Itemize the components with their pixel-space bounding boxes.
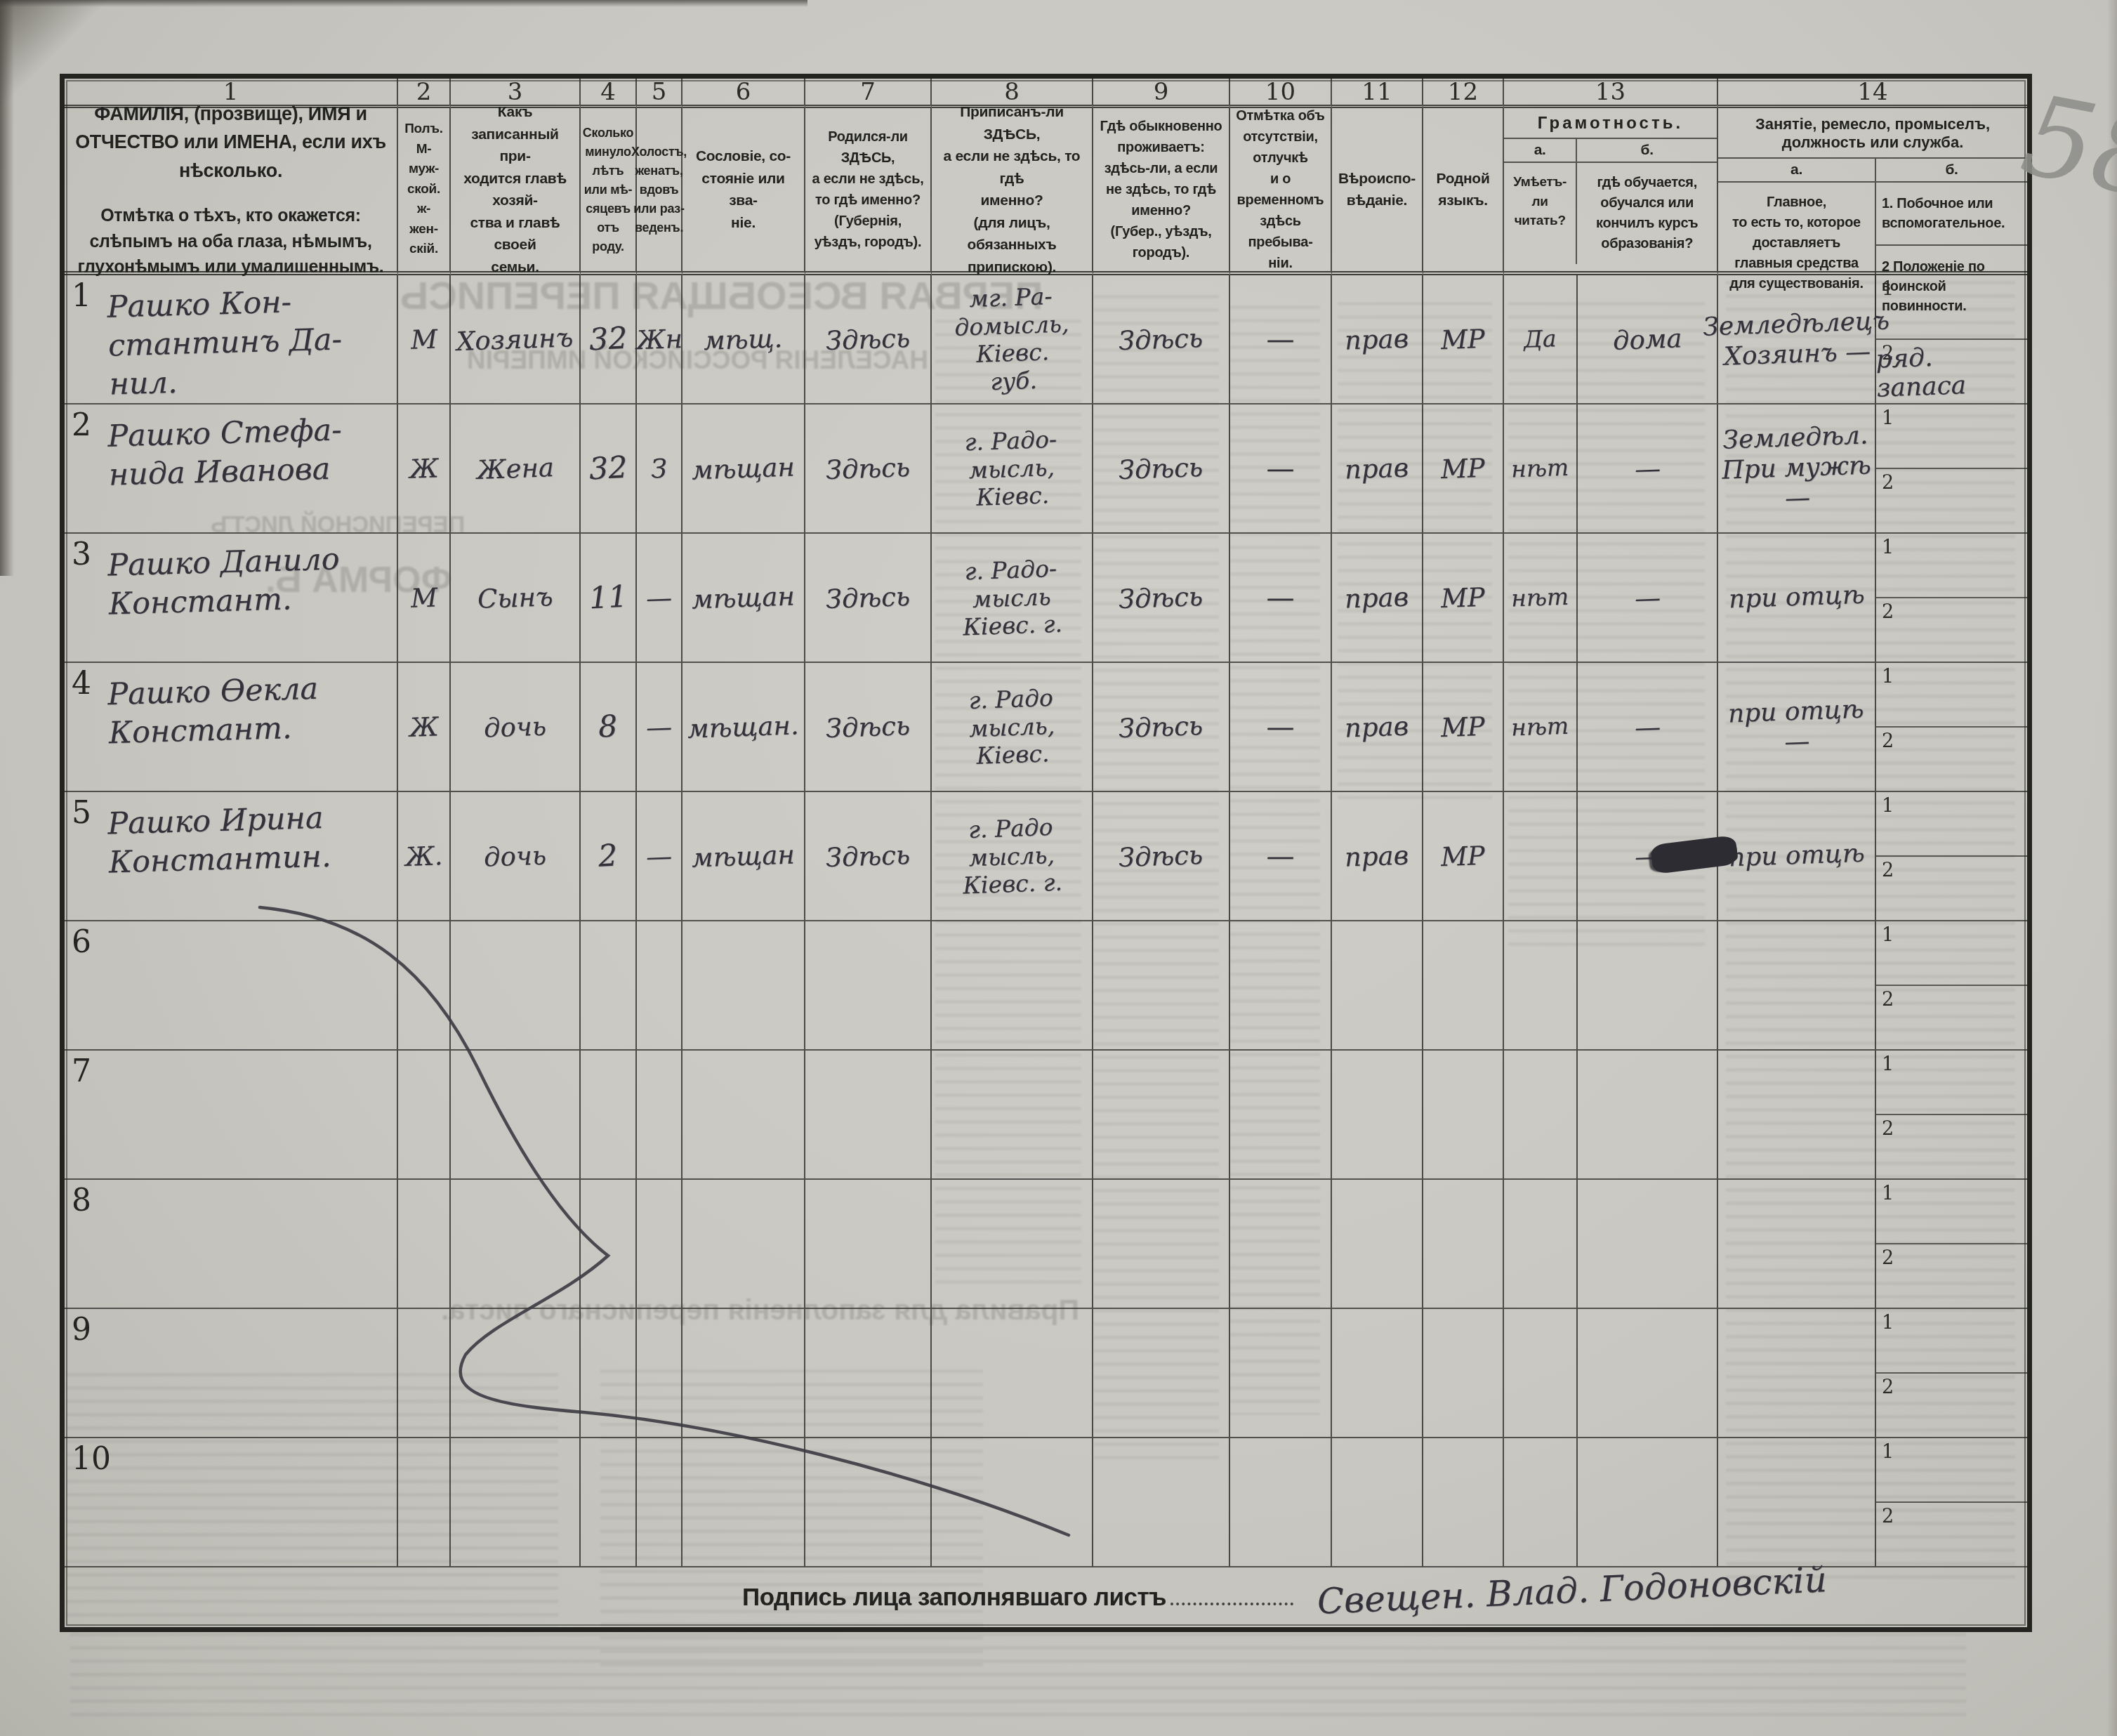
cell-name: 6 <box>65 921 398 1051</box>
header-literacy-b-title: гдѣ обучается, обучался или кончилъ курс… <box>1577 163 1717 264</box>
cell-literacy: нѣт <box>1504 534 1578 663</box>
cell-religion: прав <box>1332 534 1423 663</box>
cell-relation: дочь <box>451 663 581 792</box>
cell-absence <box>1230 1309 1332 1438</box>
cell-age: 11 <box>581 534 637 663</box>
name-value: Рашко Стефа- нида Иванова <box>107 411 343 494</box>
cell-relation <box>451 1438 581 1567</box>
name-value: Рашко Ѳекла Констант. <box>107 670 320 753</box>
header-registration: Приписанъ-ли ЗДѢСЬ, а если не здѣсь, то … <box>937 101 1086 278</box>
cell-age <box>581 1309 637 1438</box>
cell-marital <box>637 1180 682 1309</box>
column-number: 7 <box>805 79 932 108</box>
sub-row-side-occupation: 1 <box>1876 1051 2027 1114</box>
cell-age <box>581 1438 637 1567</box>
cell-registration: г. Радо- мысль Кіевс. г. <box>932 534 1093 663</box>
cell-estate <box>682 921 805 1051</box>
cell-literacy: нѣт <box>1504 663 1578 792</box>
cell-estate: мѣщ. <box>682 275 805 405</box>
cell-literacy <box>1504 1180 1578 1309</box>
row-number: 4 <box>72 666 91 702</box>
cell-registration <box>932 1051 1093 1180</box>
header-literacy-b-label: б. <box>1577 139 1717 162</box>
cell-marital <box>637 921 682 1051</box>
cell-religion: прав <box>1332 663 1423 792</box>
cell-religion: прав <box>1332 792 1423 921</box>
cell-sex: Ж <box>398 405 451 534</box>
cell-birthplace <box>805 1438 932 1567</box>
name-value: Рашко Кон- стантинъ Да- нил. <box>107 282 344 404</box>
cell-relation <box>451 1309 581 1438</box>
signature-strip: Подпись лица заполнявшаго листъ Свещен. … <box>65 1567 2027 1627</box>
sub-number: 2 <box>1882 730 1894 752</box>
row-number: 8 <box>72 1183 91 1218</box>
cell-relation <box>451 921 581 1051</box>
sub-number: 2 <box>1882 472 1894 494</box>
header-literacy-group: Грамотность. а. б. Умѣетъ- ли читать? гд… <box>1504 108 1718 275</box>
column-number: 4 <box>581 79 637 108</box>
cell-marital: — <box>637 534 682 663</box>
cell-residence: Здѣсь <box>1093 405 1230 534</box>
cell-absence: — <box>1230 534 1332 663</box>
cell-birthplace: Здѣсь <box>805 534 932 663</box>
cell-literacy: Да <box>1504 275 1578 405</box>
cell-occupation: Земледѣл. При мужѣ — <box>1718 405 1876 534</box>
column-number: 5 <box>637 79 682 108</box>
cell-relation <box>451 1051 581 1180</box>
row-number: 5 <box>72 795 91 831</box>
header-literacy-title: Грамотность. <box>1504 108 1717 139</box>
header-residence: Гдѣ обыкновенно проживаетъ: здѣсь-ли, а … <box>1099 116 1223 263</box>
column-number: 14 <box>1718 79 2027 108</box>
cell-relation: Хозяинъ <box>451 275 581 405</box>
header-literacy-a-title: Умѣетъ- ли читать? <box>1504 163 1577 264</box>
cell-marital: — <box>637 792 682 921</box>
row-number: 9 <box>72 1312 91 1348</box>
cell-residence: Здѣсь <box>1093 663 1230 792</box>
sub-row-military-status: 2 <box>1876 855 2027 920</box>
sub-row-military-status: 2 <box>1876 597 2027 662</box>
cell-literacy <box>1504 1051 1578 1180</box>
cell-occupation-secondary: 1 2 <box>1876 921 2027 1051</box>
cell-sex <box>398 1438 451 1567</box>
cell-relation <box>451 1180 581 1309</box>
cell-education <box>1578 1180 1718 1309</box>
column-number: 12 <box>1423 79 1504 108</box>
cell-marital <box>637 1438 682 1567</box>
sub-number: 2 <box>1882 601 1894 623</box>
cell-age: 8 <box>581 663 637 792</box>
cell-occupation-secondary: 1 2 <box>1876 405 2027 534</box>
cell-absence <box>1230 921 1332 1051</box>
sub-row-military-status: 2 <box>1876 985 2027 1049</box>
scan-top-edge <box>0 0 807 7</box>
sub-row-military-status: 2 ряд. запаса <box>1876 338 2027 403</box>
cell-registration <box>932 1309 1093 1438</box>
cell-occupation-secondary: 1 2 <box>1876 534 2027 663</box>
cell-language: МР <box>1423 534 1504 663</box>
cell-absence <box>1230 1051 1332 1180</box>
sub-number: 1 <box>1882 1053 1894 1075</box>
header-language: Родной языкъ. <box>1437 168 1490 212</box>
cell-language <box>1423 921 1504 1051</box>
cell-occupation: при отцѣ — <box>1718 663 1876 792</box>
sub-row-side-occupation: 1 <box>1876 1309 2027 1372</box>
cell-residence <box>1093 1180 1230 1309</box>
sub-number: 2 <box>1882 860 1894 881</box>
cell-residence <box>1093 1051 1230 1180</box>
cell-education: дома <box>1578 275 1718 405</box>
cell-marital: Жн <box>637 275 682 405</box>
cell-education <box>1578 1438 1718 1567</box>
cell-marital: — <box>637 663 682 792</box>
header-name-column: ФАМИЛІЯ, (прозвище), ИМЯ и ОТЧЕСТВО или … <box>65 108 398 275</box>
header-occupation-title: Занятіе, ремесло, промыселъ, должность и… <box>1718 108 2027 159</box>
cell-religion <box>1332 1438 1423 1567</box>
cell-sex: Ж. <box>398 792 451 921</box>
cell-estate <box>682 1309 805 1438</box>
cell-occupation: при отцѣ <box>1718 534 1876 663</box>
sub-number: 2 <box>1882 1247 1894 1269</box>
cell-registration <box>932 921 1093 1051</box>
cell-estate: мѣщан. <box>682 663 805 792</box>
sub-number: 1 <box>1882 407 1894 429</box>
header-birthplace: Родился-ли ЗДѢСЬ, а если не здѣсь, то гд… <box>811 126 925 253</box>
cell-name: 3 Рашко Данило Констант. <box>65 534 398 663</box>
cell-birthplace <box>805 1309 932 1438</box>
sub-number: 1 <box>1882 795 1894 817</box>
cell-age: 32 <box>581 405 637 534</box>
cell-occupation <box>1718 1309 1876 1438</box>
cell-occupation <box>1718 1438 1876 1567</box>
header-name-note: Отмѣтка о тѣхъ, кто окажется: слѣпымъ на… <box>70 203 391 280</box>
cell-birthplace <box>805 921 932 1051</box>
cell-absence: — <box>1230 275 1332 405</box>
header-occupation-group: Занятіе, ремесло, промыселъ, должность и… <box>1718 108 2027 275</box>
cell-language <box>1423 1309 1504 1438</box>
cell-estate: мѣщан <box>682 792 805 921</box>
cell-estate <box>682 1051 805 1180</box>
cell-birthplace: Здѣсь <box>805 275 932 405</box>
cell-occupation: Земледѣлецъ Хозяинъ — <box>1718 275 1876 405</box>
sub-row-side-occupation: 1 <box>1876 921 2027 985</box>
sub-number: 1 <box>1882 1312 1894 1334</box>
cell-estate: мѣщан <box>682 534 805 663</box>
cell-education: — <box>1578 405 1718 534</box>
header-relation: Какъ записанный при- ходится главѣ хозяй… <box>456 101 574 278</box>
cell-absence: — <box>1230 792 1332 921</box>
cell-language <box>1423 1051 1504 1180</box>
sub-row-military-status: 2 <box>1876 726 2027 791</box>
cell-name: 2 Рашко Стефа- нида Иванова <box>65 405 398 534</box>
cell-sex <box>398 1180 451 1309</box>
cell-registration <box>932 1438 1093 1567</box>
cell-name: 5 Рашко Ирина Константин. <box>65 792 398 921</box>
cell-registration <box>932 1180 1093 1309</box>
cell-residence <box>1093 1309 1230 1438</box>
sub-number: 2 <box>1882 1506 1894 1527</box>
row-number: 10 <box>72 1441 111 1477</box>
cell-name: 4 Рашко Ѳекла Констант. <box>65 663 398 792</box>
cell-literacy <box>1504 1438 1578 1567</box>
cell-language: МР <box>1423 275 1504 405</box>
cell-occupation: при отцѣ <box>1718 792 1876 921</box>
row-number: 1 <box>72 278 91 314</box>
cell-occupation-secondary: 1 2 <box>1876 792 2027 921</box>
sub-row-side-occupation: 1 <box>1876 405 2027 468</box>
cell-residence: Здѣсь <box>1093 792 1230 921</box>
cell-education <box>1578 1051 1718 1180</box>
cell-literacy <box>1504 792 1578 921</box>
cell-education: — <box>1578 534 1718 663</box>
cell-birthplace: Здѣсь <box>805 663 932 792</box>
cell-marital: З <box>637 405 682 534</box>
signature-handwritten: Свещен. Влад. Годоновскій <box>1317 1559 1828 1622</box>
name-value: Рашко Ирина Константин. <box>107 799 332 883</box>
cell-education <box>1578 921 1718 1051</box>
sub-number: 1 <box>1882 924 1894 946</box>
sub-row-side-occupation: 1 <box>1876 275 2027 338</box>
sub-number: 1 <box>1882 1183 1894 1204</box>
column-number: 13 <box>1504 79 1718 108</box>
cell-religion <box>1332 1309 1423 1438</box>
sub-number: 2 <box>1882 1376 1894 1398</box>
cell-literacy <box>1504 921 1578 1051</box>
cell-occupation-secondary: 1 2 <box>1876 1438 2027 1567</box>
cell-sex <box>398 1309 451 1438</box>
sub-row-side-occupation: 1 <box>1876 1438 2027 1501</box>
column-number: 10 <box>1230 79 1332 108</box>
cell-birthplace: Здѣсь <box>805 405 932 534</box>
cell-religion: прав <box>1332 405 1423 534</box>
column-number: 11 <box>1332 79 1423 108</box>
cell-education: — <box>1578 663 1718 792</box>
cell-residence <box>1093 1438 1230 1567</box>
cell-residence: Здѣсь <box>1093 275 1230 405</box>
cell-registration: г. Радо мысль, Кіевс. <box>932 663 1093 792</box>
cell-name: 8 <box>65 1180 398 1309</box>
bleedthrough-text-block <box>70 1633 1966 1721</box>
cell-age <box>581 1051 637 1180</box>
cell-age: 2 <box>581 792 637 921</box>
sub-row-side-occupation: 1 <box>1876 792 2027 855</box>
sub-row-side-occupation: 1 <box>1876 534 2027 597</box>
sub-row-side-occupation: 1 <box>1876 1180 2027 1243</box>
cell-literacy <box>1504 1309 1578 1438</box>
cell-religion: прав <box>1332 275 1423 405</box>
cell-age: 32 <box>581 275 637 405</box>
cell-occupation-secondary: 1 2 <box>1876 1180 2027 1309</box>
cell-language: МР <box>1423 405 1504 534</box>
cell-occupation-secondary: 1 2 <box>1876 663 2027 792</box>
cell-birthplace: Здѣсь <box>805 792 932 921</box>
cell-name: 10 <box>65 1438 398 1567</box>
signature-dotted-line <box>1170 1603 1293 1605</box>
header-age: Сколько минуло лѣтъ или мѣ- сяцевъ отъ р… <box>583 124 633 256</box>
cell-relation: Сынъ <box>451 534 581 663</box>
cell-occupation <box>1718 921 1876 1051</box>
cell-age <box>581 921 637 1051</box>
cell-absence <box>1230 1180 1332 1309</box>
cell-name: 7 <box>65 1051 398 1180</box>
cell-age <box>581 1180 637 1309</box>
header-name-title: ФАМИЛІЯ, (прозвище), ИМЯ и ОТЧЕСТВО или … <box>70 100 391 185</box>
header-absence: Отмѣтка объ отсутствіи, отлучкѣ и о врем… <box>1236 105 1325 274</box>
scan-right-edge <box>2107 0 2117 1736</box>
header-occupation-a-label: а. <box>1718 159 1876 181</box>
row-number: 3 <box>72 537 91 572</box>
sub-row-military-status: 2 <box>1876 1501 2027 1566</box>
cell-occupation-secondary: 1 2 <box>1876 1051 2027 1180</box>
cell-marital <box>637 1051 682 1180</box>
scan-left-edge <box>0 0 14 576</box>
cell-registration: мг. Ра- домысль, Кіевс. губ. <box>932 275 1093 405</box>
cell-religion <box>1332 1051 1423 1180</box>
sub-row-side-occupation: 1 <box>1876 663 2027 726</box>
cell-language: МР <box>1423 792 1504 921</box>
cell-occupation <box>1718 1051 1876 1180</box>
cell-sex: Ж <box>398 663 451 792</box>
column-number: 6 <box>682 79 805 108</box>
name-value: Рашко Данило Констант. <box>107 540 341 624</box>
cell-birthplace <box>805 1051 932 1180</box>
cell-relation: дочь <box>451 792 581 921</box>
cell-sex: М <box>398 534 451 663</box>
cell-occupation-secondary: 1 2 ряд. запаса <box>1876 275 2027 405</box>
cell-language: МР <box>1423 663 1504 792</box>
sub-number: 1 <box>1882 1441 1894 1463</box>
sub-number: 1 <box>1882 278 1894 300</box>
header-literacy-a-label: а. <box>1504 139 1577 162</box>
sub-row-military-status: 2 <box>1876 1243 2027 1308</box>
cell-estate <box>682 1180 805 1309</box>
cell-name: 9 <box>65 1309 398 1438</box>
sub-number: 2 <box>1882 989 1894 1011</box>
cell-occupation <box>1718 1180 1876 1309</box>
cell-absence: — <box>1230 663 1332 792</box>
cell-residence: Здѣсь <box>1093 534 1230 663</box>
cell-name: 1 Рашко Кон- стантинъ Да- нил. <box>65 275 398 405</box>
cell-religion <box>1332 1180 1423 1309</box>
cell-estate <box>682 1438 805 1567</box>
sub-row-military-status: 2 <box>1876 1114 2027 1178</box>
cell-education <box>1578 1309 1718 1438</box>
cell-residence <box>1093 921 1230 1051</box>
row-number: 6 <box>72 924 91 960</box>
signature-label: Подпись лица заполнявшаго листъ <box>742 1584 1166 1612</box>
cell-religion <box>1332 921 1423 1051</box>
header-occupation-b-label: б. <box>1876 159 2027 181</box>
cell-language <box>1423 1438 1504 1567</box>
header-religion: Вѣроиспо- вѣданіе. <box>1338 168 1416 212</box>
cell-language <box>1423 1180 1504 1309</box>
sub-number: 1 <box>1882 537 1894 558</box>
row-number: 7 <box>72 1053 91 1089</box>
cell-registration: г. Радо- мысль, Кіевс. <box>932 405 1093 534</box>
column-number: 2 <box>398 79 451 108</box>
sub-number: 2 <box>1882 1118 1894 1140</box>
cell-absence: — <box>1230 405 1332 534</box>
cell-occupation-secondary: 1 2 <box>1876 1309 2027 1438</box>
cell-estate: мѣщан <box>682 405 805 534</box>
sub-row-military-status: 2 <box>1876 1372 2027 1437</box>
cell-literacy: нѣт <box>1504 405 1578 534</box>
cell-sex: М <box>398 275 451 405</box>
header-occupation-b-item1: 1. Побочное или вспомогательное. <box>1876 183 2027 246</box>
cell-birthplace <box>805 1180 932 1309</box>
row-number: 2 <box>72 407 91 443</box>
sub-number: 1 <box>1882 666 1894 688</box>
header-sex: Полъ. М-муж- ской. ж-жен- скій. <box>404 119 444 260</box>
cell-sex <box>398 921 451 1051</box>
header-marital: Холостъ, женатъ, вдовъ или раз- веденъ. <box>631 143 687 237</box>
cell-absence <box>1230 1438 1332 1567</box>
cell-sex <box>398 1051 451 1180</box>
cell-relation: Жена <box>451 405 581 534</box>
cell-marital <box>637 1309 682 1438</box>
cell-registration: г. Радо мысль, Кіевс. г. <box>932 792 1093 921</box>
column-number: 9 <box>1093 79 1230 108</box>
header-estate: Сословіе, со- стояніе или зва- ніе. <box>688 145 798 234</box>
sub-row-military-status: 2 <box>1876 468 2027 532</box>
